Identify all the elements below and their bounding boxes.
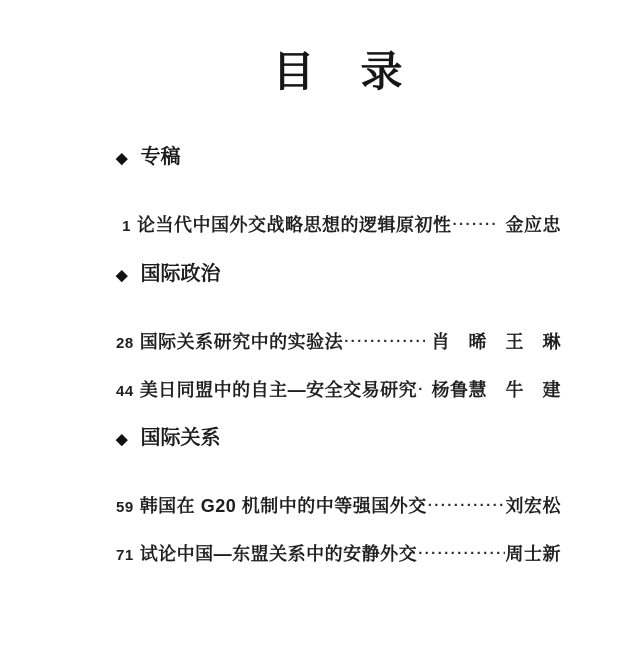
entry-page-number: 28 (116, 335, 134, 352)
entry-title: 国际关系研究中的实验法 (140, 332, 344, 353)
toc-entry: 71 试论中国—东盟关系中的安静外交 ·····················… (116, 544, 561, 565)
page-title: 目 录 (116, 50, 561, 96)
section-label: 国际关系 (141, 427, 221, 450)
section-header: ◆ 国际政治 (116, 263, 561, 286)
toc-section: ◆ 专稿 1 论当代中国外交战略思想的逻辑原初性 ···············… (116, 146, 561, 236)
entry-leader-dots: ········································… (428, 497, 505, 514)
section-entries: 28 国际关系研究中的实验法 ·························… (116, 332, 561, 400)
entry-title: 论当代中国外交战略思想的逻辑原初性 (137, 215, 452, 236)
toc-entry: 59 韩国在 G20 机制中的中等强国外交 ··················… (116, 496, 561, 517)
diamond-bullet-icon: ◆ (116, 432, 128, 447)
entry-authors: 杨鲁慧 牛 建 (426, 380, 561, 401)
entry-leader-dots: ········································… (418, 545, 504, 562)
entry-leader-dots: ········································… (344, 333, 425, 350)
entry-page-number: 1 (116, 218, 131, 235)
section-header: ◆ 专稿 (116, 146, 561, 169)
toc-entry: 1 论当代中国外交战略思想的逻辑原初性 ····················… (116, 215, 561, 236)
entry-authors: 周士新 (506, 544, 562, 565)
section-label: 国际政治 (141, 263, 221, 286)
entry-title: 韩国在 G20 机制中的中等强国外交 (140, 496, 427, 517)
toc-entry: 44 美日同盟中的自主—安全交易研究 ·····················… (116, 380, 561, 401)
entry-authors: 肖 晞 王 琳 (426, 332, 561, 353)
diamond-bullet-icon: ◆ (116, 268, 128, 283)
entry-page-number: 59 (116, 499, 134, 516)
toc-entry: 28 国际关系研究中的实验法 ·························… (116, 332, 561, 353)
entry-leader-dots: ········································… (418, 381, 425, 398)
toc-section: ◆ 国际政治 28 国际关系研究中的实验法 ··················… (116, 263, 561, 400)
entry-authors: 金应忠 (500, 215, 561, 236)
section-label: 专稿 (141, 146, 181, 169)
section-entries: 1 论当代中国外交战略思想的逻辑原初性 ····················… (116, 215, 561, 236)
entry-page-number: 44 (116, 383, 134, 400)
section-header: ◆ 国际关系 (116, 427, 561, 450)
entry-page-number: 71 (116, 547, 134, 564)
toc-sections: ◆ 专稿 1 论当代中国外交战略思想的逻辑原初性 ···············… (116, 146, 561, 564)
diamond-bullet-icon: ◆ (116, 151, 128, 166)
entry-title: 美日同盟中的自主—安全交易研究 (140, 380, 418, 401)
toc-section: ◆ 国际关系 59 韩国在 G20 机制中的中等强国外交 ···········… (116, 427, 561, 564)
toc-page: 目 录 ◆ 专稿 1 论当代中国外交战略思想的逻辑原初性 ···········… (0, 0, 639, 668)
entry-title: 试论中国—东盟关系中的安静外交 (140, 544, 418, 565)
entry-leader-dots: ········································… (453, 216, 499, 233)
entry-authors: 刘宏松 (506, 496, 562, 517)
section-entries: 59 韩国在 G20 机制中的中等强国外交 ··················… (116, 496, 561, 564)
